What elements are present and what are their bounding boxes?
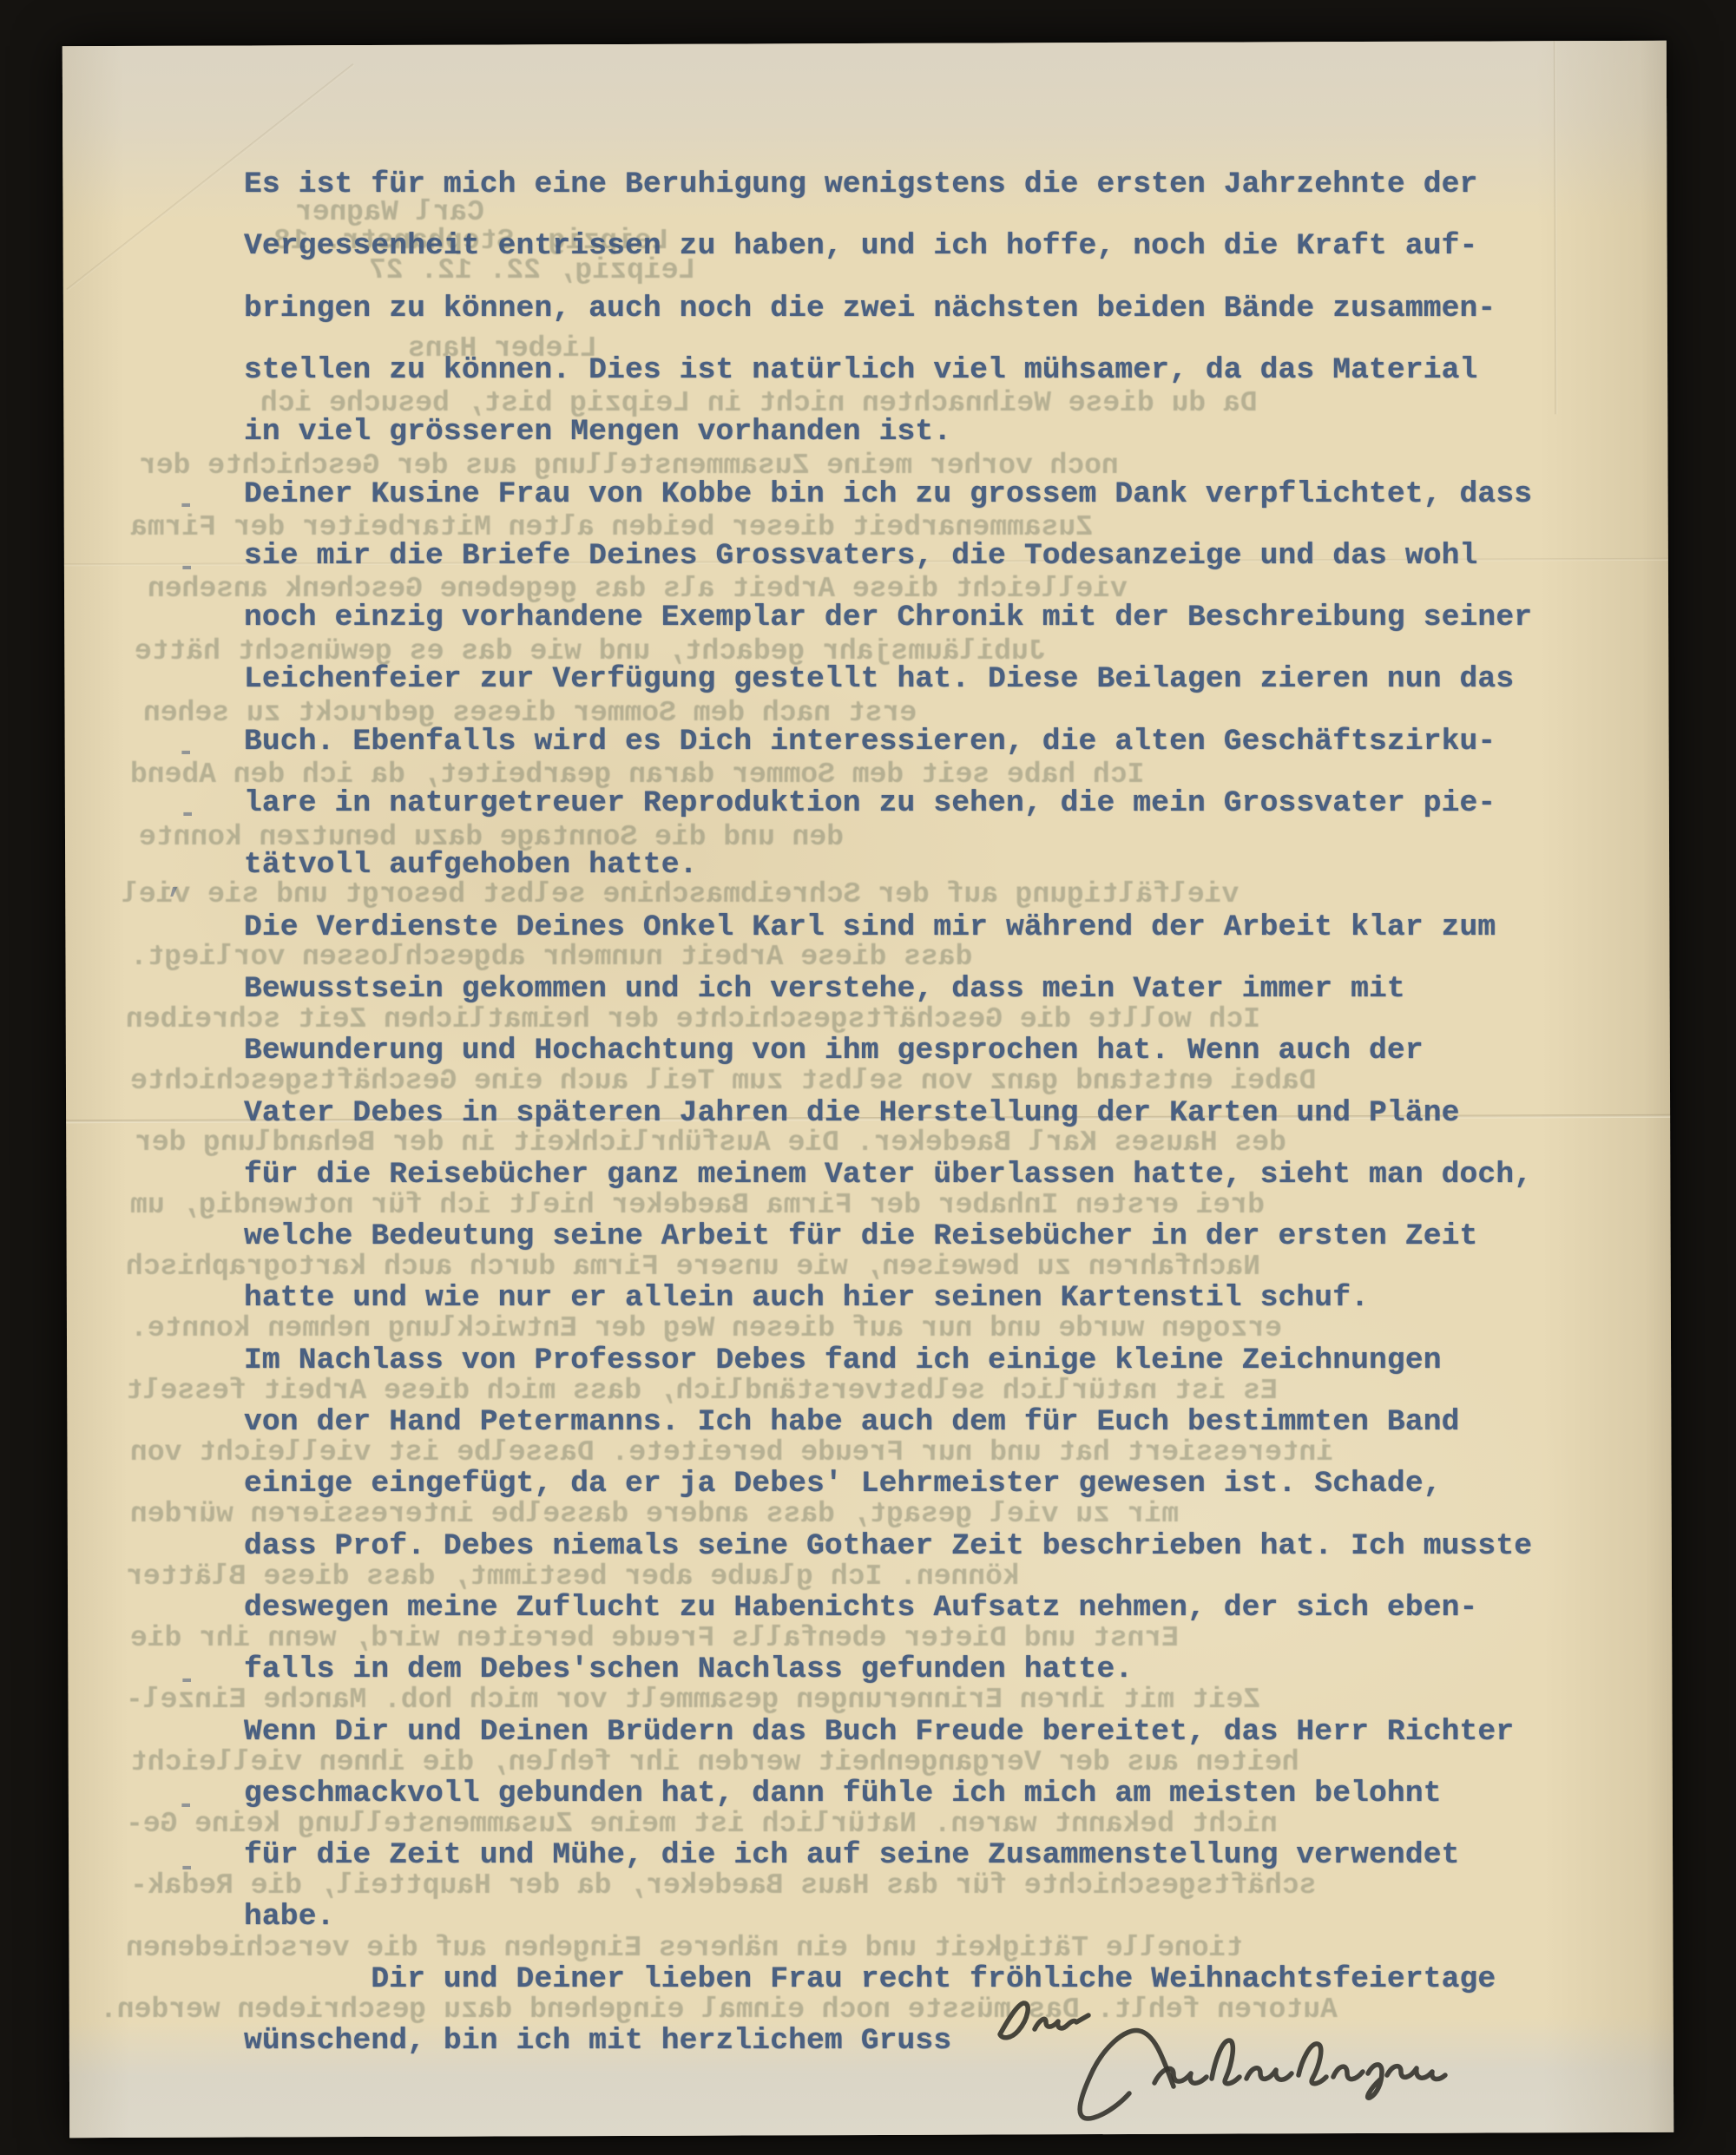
typed-line: geschmackvoll gebunden hat, dann fühle i… [244,1779,1442,1810]
typed-line: deswegen meine Zuflucht zu Habenichts Au… [244,1593,1477,1624]
typed-line: welche Bedeutung seine Arbeit für die Re… [244,1222,1477,1252]
scanned-letter-photo: Carl WagnerLeipzig, Stephanstr. 18Leipzi… [0,0,1736,2155]
typed-line: Wenn Dir und Deinen Brüdern das Buch Fre… [244,1718,1514,1748]
typed-line: Leichenfeier zur Verfügung gestellt hat.… [244,665,1514,695]
typed-line: Bewusstsein gekommen und ich verstehe, d… [244,975,1405,1005]
typed-line: lare in naturgetreuer Reproduktion zu se… [244,789,1496,819]
typed-line: in viel grösseren Mengen vorhanden ist. [244,417,951,448]
typed-line: noch einzig vorhandene Exemplar der Chro… [244,603,1532,634]
typed-line: wünschend, bin ich mit herzlichem Gruss [244,2027,951,2057]
typewritten-text-layer: Es ist für mich eine Beruhigung wenigste… [0,0,1736,2155]
typed-line: Vergessenheit entrissen zu haben, und ic… [244,232,1477,262]
typed-line: dass Prof. Debes niemals seine Gothaer Z… [244,1532,1532,1562]
typed-line: Dir und Deiner lieben Frau recht fröhlic… [244,1965,1496,1995]
typed-line: falls in dem Debes'schen Nachlass gefund… [244,1655,1133,1685]
typed-line: Vater Debes in späteren Jahren die Herst… [244,1099,1460,1129]
typed-line: stellen zu können. Dies ist natürlich vi… [244,356,1477,386]
typed-line: für die Reisebücher ganz meinem Vater üb… [244,1160,1532,1191]
typed-line: Buch. Ebenfalls wird es Dich interessier… [244,727,1496,758]
typed-line: einige eingefügt, da er ja Debes' Lehrme… [244,1469,1442,1500]
typed-line: Bewunderung und Hochachtung von ihm gesp… [244,1036,1424,1067]
typed-line: Die Verdienste Deines Onkel Karl sind mi… [244,913,1496,943]
typed-line: Es ist für mich eine Beruhigung wenigste… [244,170,1477,200]
typed-line: tätvoll aufgehoben hatte. [244,851,698,881]
typed-line: sie mir die Briefe Deines Grossvaters, d… [244,542,1477,572]
typed-line: Deiner Kusine Frau von Kobbe bin ich zu … [244,480,1532,510]
typed-line: für die Zeit und Mühe, die ich auf seine… [244,1841,1460,1871]
typed-line: habe. [244,1902,335,1933]
typed-line: hatte und wie nur er allein auch hier se… [244,1284,1369,1314]
typed-line: von der Hand Petermanns. Ich habe auch d… [244,1408,1460,1438]
typed-line: bringen zu können, auch noch die zwei nä… [244,294,1496,325]
typed-line: Im Nachlass von Professor Debes fand ich… [244,1346,1442,1376]
